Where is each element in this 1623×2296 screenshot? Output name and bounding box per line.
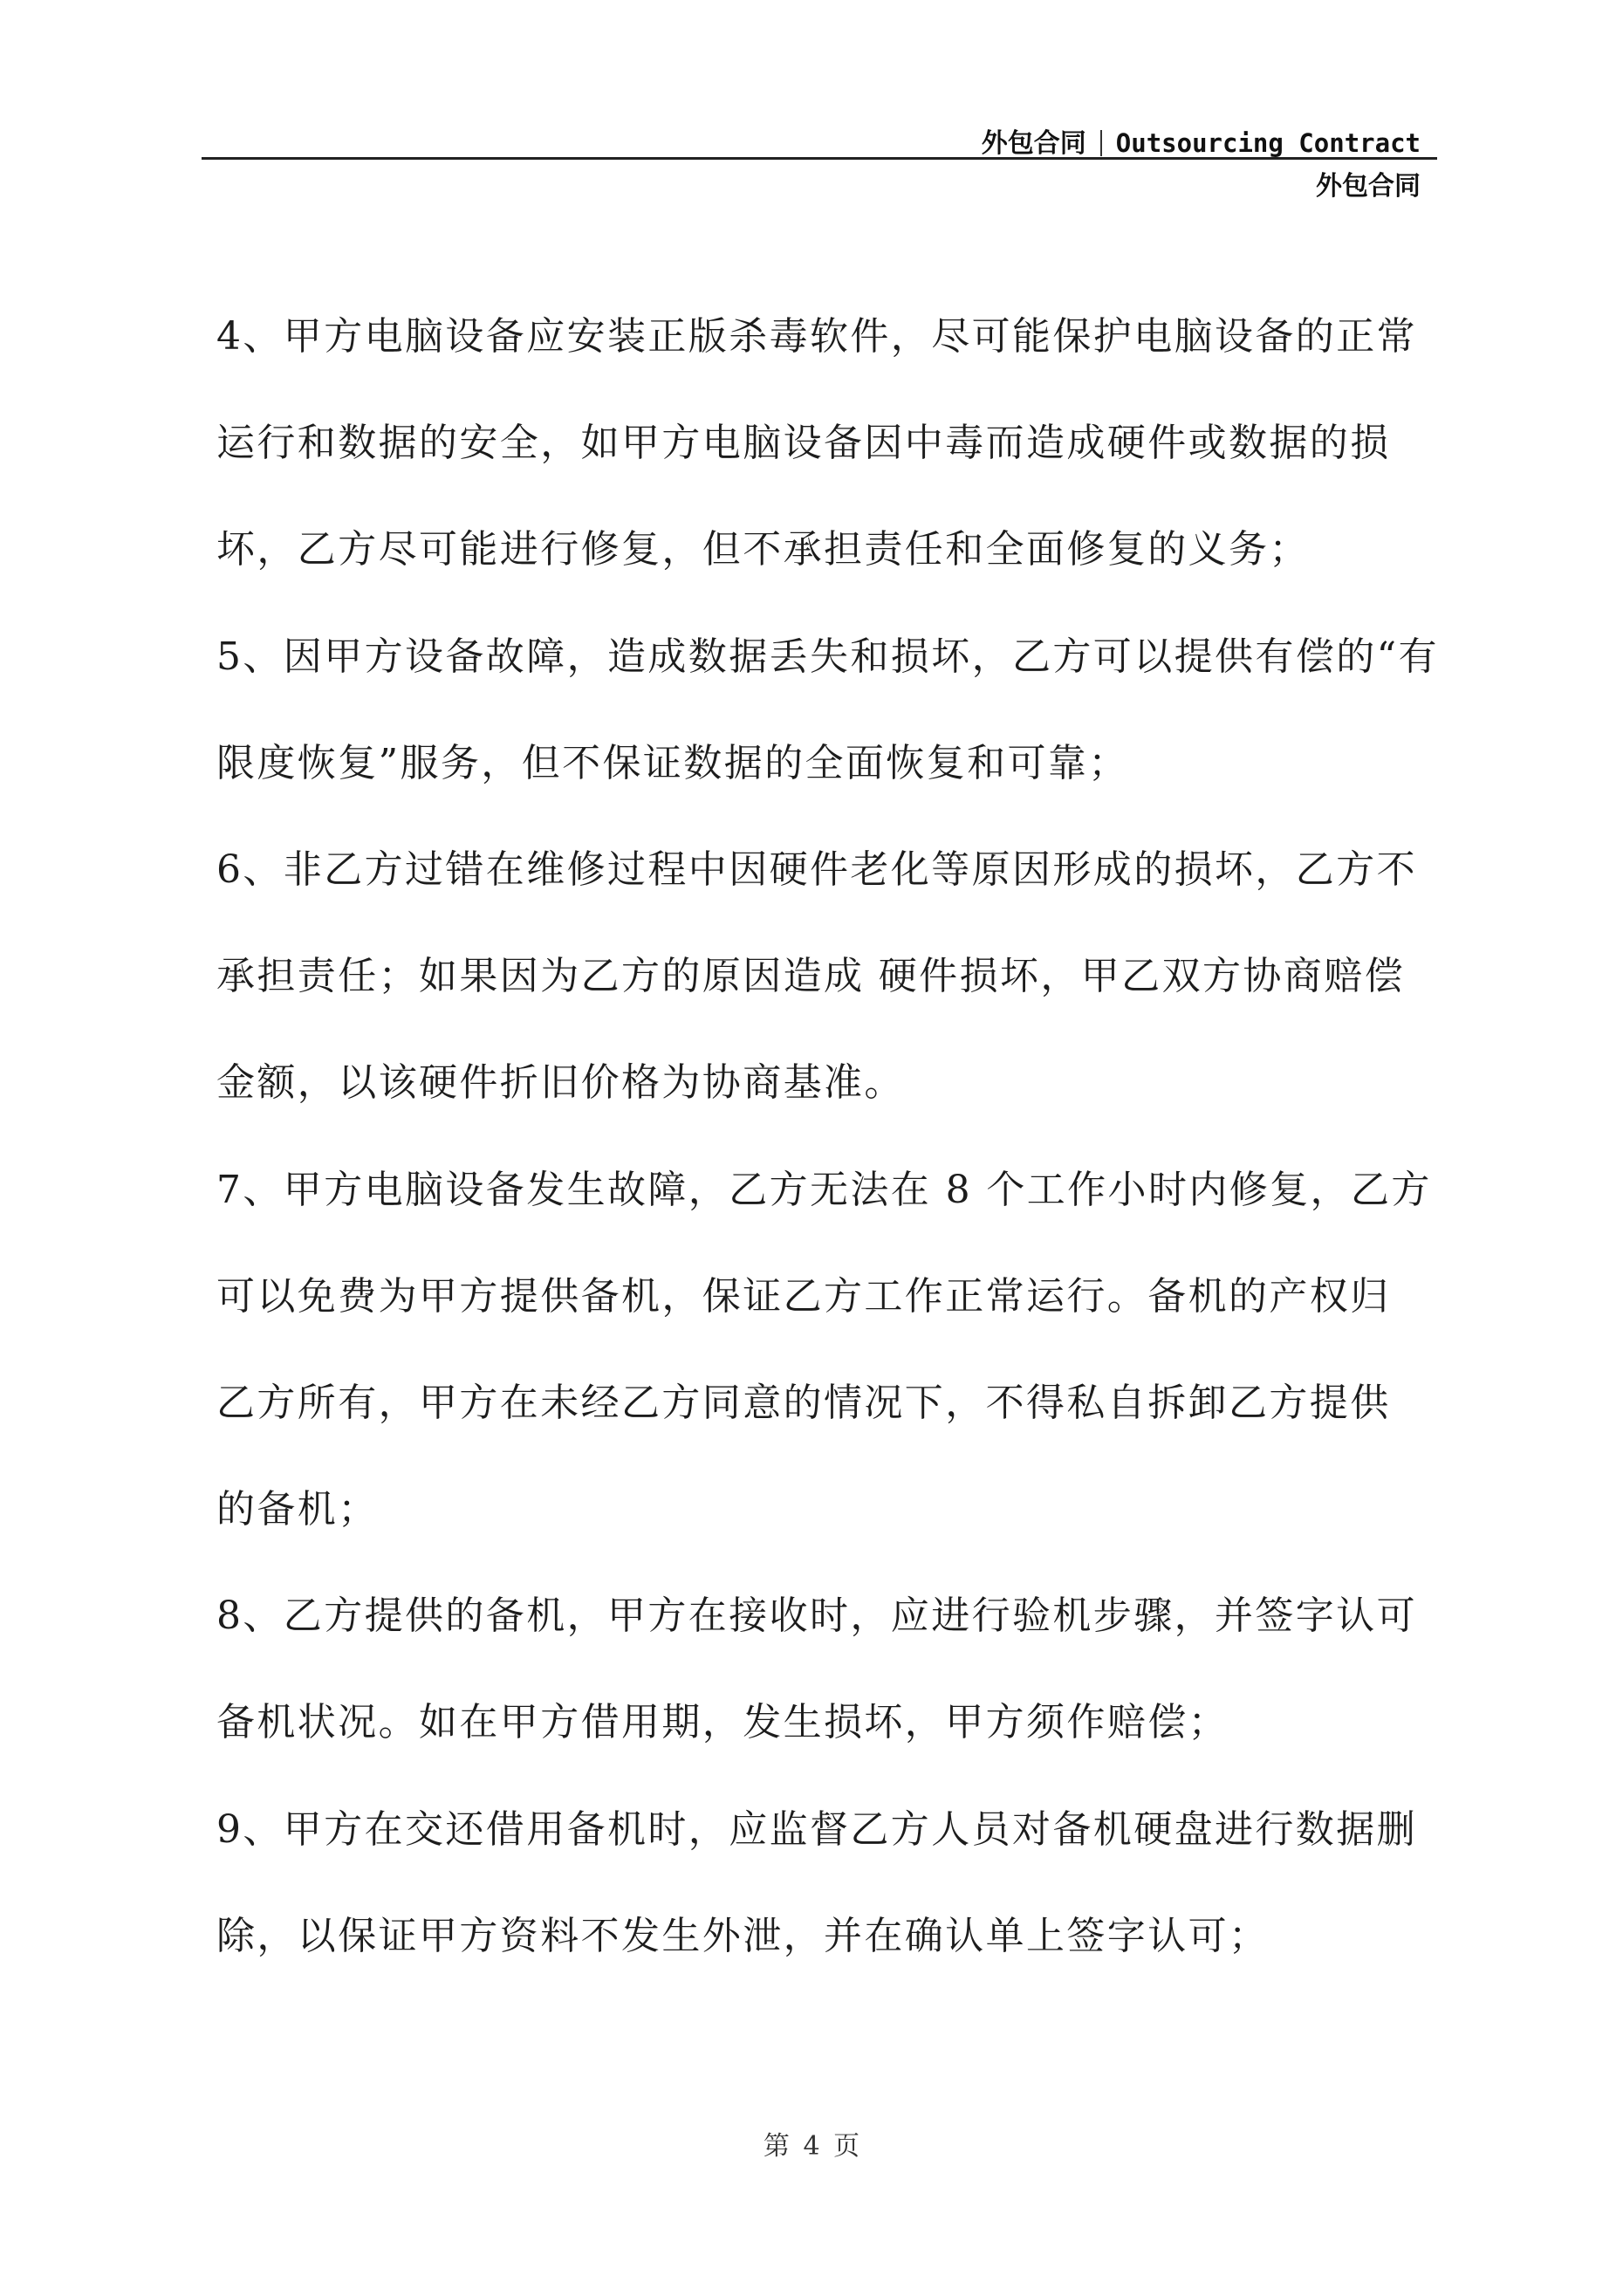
text-line: 乙方所有，甲方在未经乙方同意的情况下，不得私自拆卸乙方提供: [216, 1350, 1429, 1456]
text-line: 除，以保证甲方资料不发生外泄，并在确认单上签字认可；: [216, 1883, 1429, 1990]
text-line: 承担责任；如果因为乙方的原因造成 硬件损坏，甲乙双方协商赔偿: [216, 923, 1429, 1030]
document-body: 4、甲方电脑设备应安装正版杀毒软件，尽可能保护电脑设备的正常 运行和数据的安全，…: [216, 284, 1429, 1990]
clause-9: 9、甲方在交还借用备机时，应监督乙方人员对备机硬盘进行数据删 除，以保证甲方资料…: [216, 1777, 1429, 1990]
clause-4: 4、甲方电脑设备应安装正版杀毒软件，尽可能保护电脑设备的正常 运行和数据的安全，…: [216, 284, 1429, 604]
text-line: 4、甲方电脑设备应安装正版杀毒软件，尽可能保护电脑设备的正常: [216, 284, 1429, 390]
header-separator: [1100, 130, 1102, 156]
header-subtitle: 外包合同: [1316, 171, 1421, 202]
text-line: 9、甲方在交还借用备机时，应监督乙方人员对备机硬盘进行数据删: [216, 1777, 1429, 1883]
text-line: 运行和数据的安全，如甲方电脑设备因中毒而造成硬件或数据的损: [216, 390, 1429, 497]
page-number: 第 4 页: [0, 2129, 1623, 2164]
text-line: 6、非乙方过错在维修过程中因硬件老化等原因形成的损坏，乙方不: [216, 817, 1429, 923]
header-title-cn: 外包合同: [982, 128, 1086, 159]
header-title-en: Outsourcing Contract: [1116, 128, 1421, 158]
text-line: 的备机；: [216, 1456, 1429, 1563]
text-line: 可以免费为甲方提供备机，保证乙方工作正常运行。备机的产权归: [216, 1244, 1429, 1350]
running-header: 外包合同Outsourcing Contract: [982, 127, 1421, 159]
text-line: 限度恢复”服务，但不保证数据的全面恢复和可靠；: [216, 710, 1429, 817]
text-line: 坏，乙方尽可能进行修复，但不承担责任和全面修复的义务；: [216, 497, 1429, 603]
header-rule: [202, 157, 1437, 160]
clause-8: 8、乙方提供的备机，甲方在接收时，应进行验机步骤，并签字认可 备机状况。如在甲方…: [216, 1563, 1429, 1776]
text-line: 7、甲方电脑设备发生故障，乙方无法在 8 个工作小时内修复，乙方: [216, 1137, 1429, 1244]
text-line: 备机状况。如在甲方借用期，发生损坏，甲方须作赔偿；: [216, 1669, 1429, 1776]
text-line: 5、因甲方设备故障，造成数据丢失和损坏，乙方可以提供有偿的“有: [216, 604, 1429, 710]
clause-7: 7、甲方电脑设备发生故障，乙方无法在 8 个工作小时内修复，乙方 可以免费为甲方…: [216, 1137, 1429, 1564]
clause-5: 5、因甲方设备故障，造成数据丢失和损坏，乙方可以提供有偿的“有 限度恢复”服务，…: [216, 604, 1429, 817]
clause-6: 6、非乙方过错在维修过程中因硬件老化等原因形成的损坏，乙方不 承担责任；如果因为…: [216, 817, 1429, 1137]
text-line: 8、乙方提供的备机，甲方在接收时，应进行验机步骤，并签字认可: [216, 1563, 1429, 1669]
text-line: 金额，以该硬件折旧价格为协商基准。: [216, 1030, 1429, 1136]
